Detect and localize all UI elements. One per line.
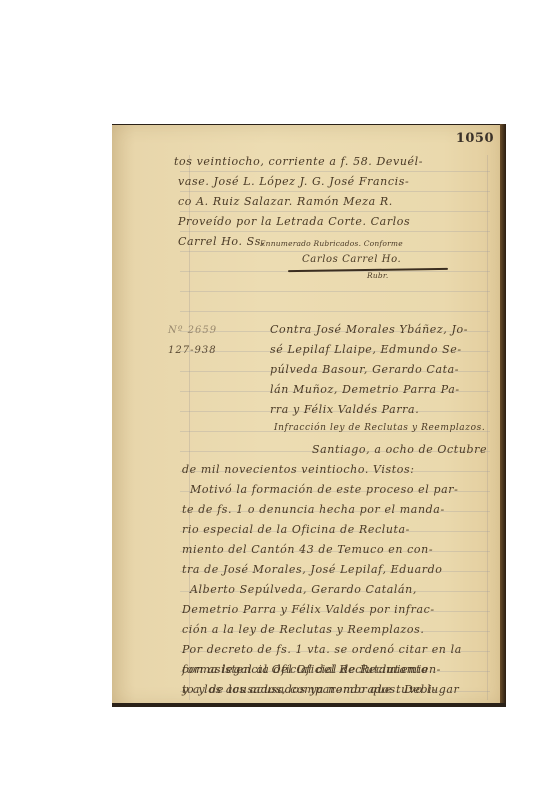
body-line: de mil novecientos veintiocho. Vistos: xyxy=(182,463,415,476)
folio-number: 1050 xyxy=(456,131,494,146)
body-line: Por decreto de fs. 1 vta. se ordenó cita… xyxy=(182,643,462,656)
right-margin-rule xyxy=(487,155,488,700)
ruled-line xyxy=(180,211,490,212)
body-line: tra de José Morales, José Lepilaf, Eduar… xyxy=(182,563,442,576)
body-line: miento del Cantón 43 de Temuco en con- xyxy=(182,543,433,556)
page-bottom-edge xyxy=(112,703,506,707)
ruled-line xyxy=(180,291,490,292)
top-entry-line: Proveído por la Letrada Corte. Carlos xyxy=(178,215,410,228)
rubric-mark: Rubr. xyxy=(367,271,388,280)
case-number: Nº 2659 xyxy=(168,325,217,336)
annotation-text: Ennumerado Rubricados. Conforme xyxy=(260,239,403,248)
record-number: 127-938 xyxy=(168,345,217,356)
body-line: Alberto Sepúlveda, Gerardo Catalán, xyxy=(190,583,417,596)
caption-line: rra y Félix Valdés Parra. xyxy=(270,403,419,416)
body-line: Demetrio Parra y Félix Valdés por infrac… xyxy=(182,603,435,616)
caption-line: Contra José Morales Ybáñez, Jo- xyxy=(270,323,468,336)
body-line: to y de los acusados ya nombrados. Debi- xyxy=(182,683,437,696)
body-line: con asistencia del Oficial de Reclutamie… xyxy=(182,663,441,676)
caption-line: lán Muñoz, Demetrio Parra Pa- xyxy=(270,383,460,396)
body-line: Santiago, a ocho de Octubre xyxy=(312,443,487,456)
body-line: te de fs. 1 o denuncia hecha por el mand… xyxy=(182,503,445,516)
top-entry-line: tos veintiocho, corriente a f. 58. Devué… xyxy=(174,155,423,168)
signature: Carlos Carrel Ho. xyxy=(302,254,401,265)
caption-line: Infracción ley de Reclutas y Reemplazos. xyxy=(274,423,485,433)
body-line: rio especial de la Oficina de Recluta- xyxy=(182,523,410,536)
body-line: Motivó la formación de este proceso el p… xyxy=(190,483,458,496)
ruled-line xyxy=(180,251,490,252)
ruled-line xyxy=(180,311,490,312)
top-entry-line: co A. Ruiz Salazar. Ramón Meza R. xyxy=(178,195,393,208)
ruled-line xyxy=(180,171,490,172)
book-spine-edge xyxy=(500,124,506,707)
top-entry-line: vase. José L. López J. G. José Francis- xyxy=(178,175,409,188)
caption-line: sé Lepilaf Llaipe, Edmundo Se- xyxy=(270,343,462,356)
ledger-page: 1050 tos veintiocho, corriente a f. 58. … xyxy=(112,125,502,705)
caption-line: púlveda Basour, Gerardo Cata- xyxy=(270,363,459,376)
ruled-line xyxy=(180,231,490,232)
ruled-line xyxy=(180,191,490,192)
top-entry-line: Carrel Ho. Ss. xyxy=(178,235,265,248)
body-line: ción a la ley de Reclutas y Reemplazos. xyxy=(182,623,425,636)
